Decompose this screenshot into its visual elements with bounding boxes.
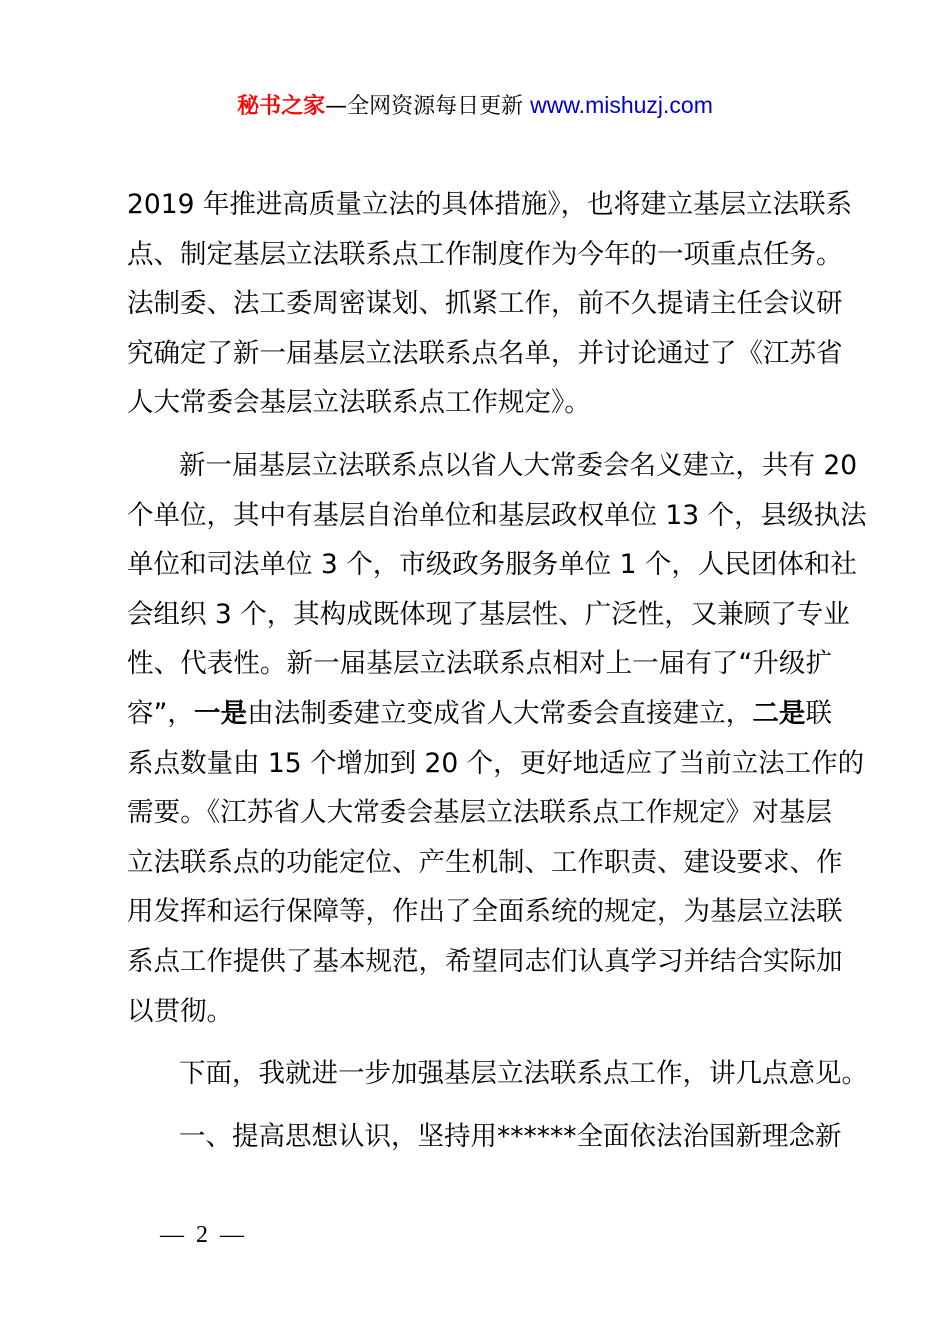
text-line: 法制委、法工委周密谋划、抓紧工作，前不久提请主任会议研	[127, 282, 832, 332]
text-line: 人大常委会基层立法联系点工作规定》。	[127, 381, 832, 431]
section-heading-1: 一、提高思想认识，坚持用******全面依法治国新理念新	[127, 1115, 832, 1165]
document-body: 2019 年推进高质量立法的具体措施》，也将建立基层立法联系 点、制定基层立法联…	[127, 183, 832, 1164]
text-line-with-emphasis: 容”，一是由法制委建立变成省人大常委会直接建立，二是联	[127, 692, 832, 742]
text-line: 究确定了新一届基层立法联系点名单，并讨论通过了《江苏省	[127, 332, 832, 382]
paragraph-3: 下面，我就进一步加强基层立法联系点工作，讲几点意见。	[127, 1052, 832, 1102]
text-line: 需要。《江苏省人大常委会基层立法联系点工作规定》对基层	[127, 791, 832, 841]
text-line: 下面，我就进一步加强基层立法联系点工作，讲几点意见。	[127, 1052, 832, 1102]
site-url-link[interactable]: www.mishuzj.com	[530, 92, 713, 118]
paragraph-1: 2019 年推进高质量立法的具体措施》，也将建立基层立法联系 点、制定基层立法联…	[127, 183, 832, 431]
text-line: 单位和司法单位 3 个，市级政务服务单位 1 个，人民团体和社	[127, 543, 832, 593]
text-line: 点、制定基层立法联系点工作制度作为今年的一项重点任务。	[127, 233, 832, 283]
text-segment: 联	[806, 698, 833, 729]
text-line: 性、代表性。新一届基层立法联系点相对上一届有了“升级扩	[127, 642, 832, 692]
text-line: 系点数量由 15 个增加到 20 个，更好地适应了当前立法工作的	[127, 742, 832, 792]
text-segment: 容”，	[127, 698, 194, 729]
text-segment: 由法制委建立变成省人大常委会直接建立，	[247, 698, 752, 729]
text-line: 个单位，其中有基层自治单位和基层政权单位 13 个，县级执法	[127, 494, 832, 544]
text-line: 会组织 3 个，其构成既体现了基层性、广泛性，又兼顾了专业	[127, 593, 832, 643]
emphasis-second: 二是	[752, 698, 805, 729]
page-number: — 2 —	[160, 1222, 244, 1249]
emphasis-first: 一是	[194, 698, 247, 729]
text-line: 新一届基层立法联系点以省人大常委会名义建立，共有 20	[127, 444, 832, 494]
text-line: 立法联系点的功能定位、产生机制、工作职责、建设要求、作	[127, 841, 832, 891]
paragraph-2: 新一届基层立法联系点以省人大常委会名义建立，共有 20 个单位，其中有基层自治单…	[127, 444, 832, 1039]
text-line: 以贯彻。	[127, 990, 832, 1040]
site-banner: 秘书之家—全网资源每日更新 www.mishuzj.com	[0, 88, 950, 124]
text-line: 用发挥和运行保障等，作出了全面系统的规定，为基层立法联	[127, 890, 832, 940]
heading-line: 一、提高思想认识，坚持用******全面依法治国新理念新	[127, 1115, 832, 1165]
text-line: 系点工作提供了基本规范，希望同志们认真学习并结合实际加	[127, 940, 832, 990]
brand-name: 秘书之家	[237, 94, 325, 119]
text-line: 2019 年推进高质量立法的具体措施》，也将建立基层立法联系	[127, 183, 832, 233]
banner-slogan: —全网资源每日更新	[325, 94, 530, 119]
